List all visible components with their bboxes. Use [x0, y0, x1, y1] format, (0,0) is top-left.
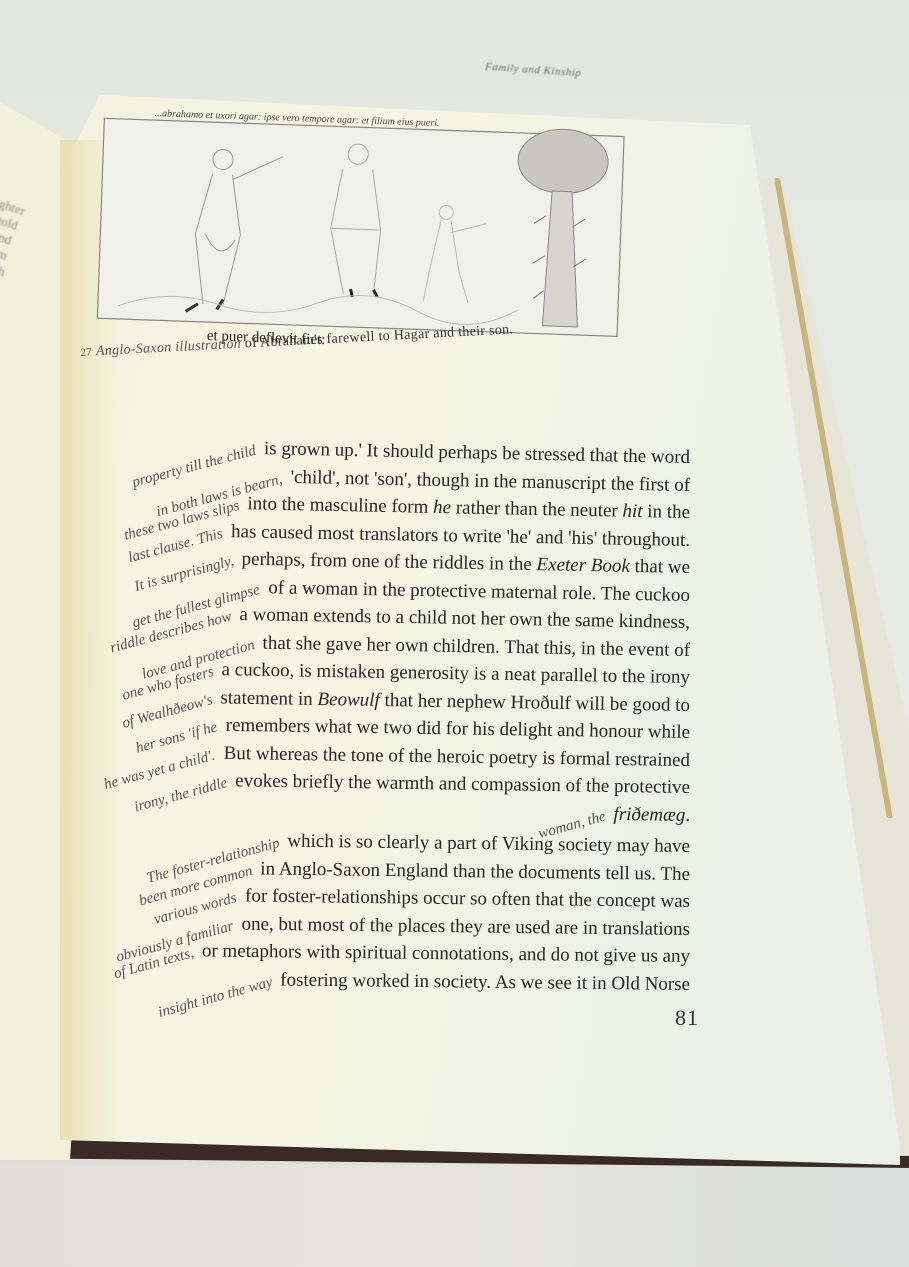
line-text: in the	[642, 501, 690, 523]
line-text: remembers what we two did for his deligh…	[221, 715, 690, 743]
body-text: property till the child is grown up.' It…	[10, 445, 690, 999]
caption-number: 27	[80, 346, 92, 359]
left-page-text: daughterher goldthe lands. sp.emand with…	[0, 190, 51, 455]
line-text: one, but most of the places they are use…	[237, 913, 690, 939]
line-text: statement in	[216, 687, 318, 710]
page-number: 81	[675, 1005, 699, 1031]
line-text: for foster-relationships occur so often …	[240, 885, 690, 912]
line-text: that we	[630, 556, 691, 578]
italic-term: friðemæg	[613, 803, 685, 825]
line-text: in Anglo-Saxon England than the document…	[255, 858, 690, 885]
running-head: Family and Kinship	[485, 61, 582, 80]
italic-term: Beowulf	[317, 688, 380, 710]
italic-term: he	[433, 497, 451, 518]
book-photo: daughterher goldthe lands. sp.emand with…	[0, 0, 909, 1267]
line-text: that she gave her own children. That thi…	[258, 632, 691, 660]
line-text: a woman extends to a child not her own t…	[235, 604, 691, 633]
line-text: .	[685, 804, 690, 825]
line-text: fostering worked in society. As we see i…	[275, 969, 690, 995]
italic-term: Exeter Book	[536, 554, 630, 577]
line-text: But whereas the tone of the heroic poetr…	[219, 742, 690, 770]
line-text: perhaps, from one of the riddles in the	[237, 548, 537, 575]
table-surface	[0, 1165, 909, 1267]
line-text: into the masculine form	[242, 493, 433, 518]
line-text: evokes briefly the warmth and compassion…	[230, 770, 690, 798]
line-text: of a woman in the protective maternal ro…	[263, 577, 690, 606]
line-text: a cuckoo, is mistaken generosity is a ne…	[217, 659, 691, 688]
line-text: rather than the neuter	[451, 497, 623, 521]
line-text: which is so clearly a part of Viking soc…	[282, 830, 690, 857]
italic-term: hit	[622, 501, 642, 522]
line-text: or metaphors with spiritual connotations…	[197, 940, 690, 967]
line-text: that her nephew Hroðulf will be good to	[380, 689, 691, 715]
